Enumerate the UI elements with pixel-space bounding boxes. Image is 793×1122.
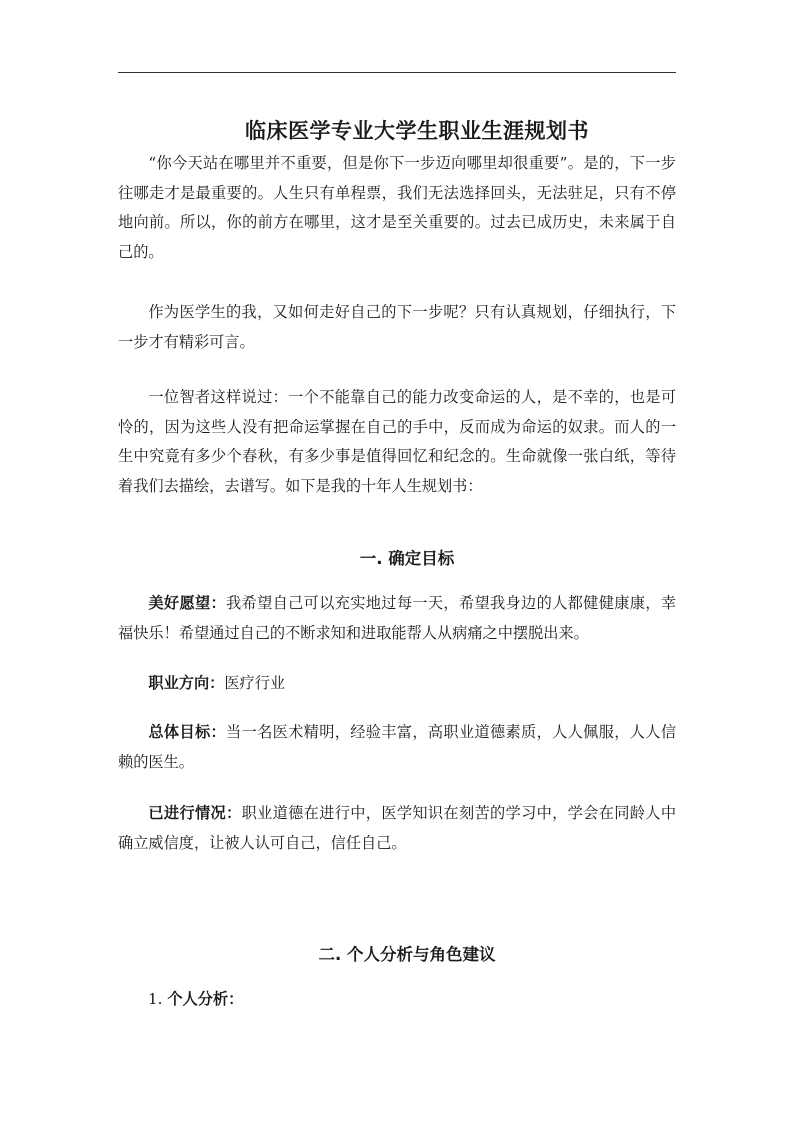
goal-item-wish: 美好愿望：我希望自己可以充实地过每一天，希望我身边的人都健健康康，幸福快乐！希望… xyxy=(118,589,676,648)
goal-label: 美好愿望： xyxy=(148,594,226,612)
document-title: 临床医学专业大学生职业生涯规划书 xyxy=(118,115,676,147)
goal-item-overall-goal: 总体目标：当一名医术精明，经验丰富，高职业道德素质，人人佩服，人人信赖的医生。 xyxy=(118,718,676,777)
section-heading-personal-analysis: 二. 个人分析与角色建议 xyxy=(118,942,676,968)
goal-label: 总体目标： xyxy=(148,723,226,741)
goal-item-progress: 已进行情况：职业道德在进行中，医学知识在刻苦的学习中，学会在同龄人中确立威信度，… xyxy=(118,799,676,858)
goal-text: 医疗行业 xyxy=(224,674,285,692)
subsection-personal-analysis: 1. 个人分析： xyxy=(148,985,243,1014)
intro-paragraph-2: 作为医学生的我，又如何走好自己的下一步呢？只有认真规划，仔细执行，下一步才有精彩… xyxy=(118,298,676,357)
intro-paragraph-1: “你今天站在哪里并不重要，但是你下一步迈向哪里却很重要”。是的，下一步往哪走才是… xyxy=(118,149,676,267)
subsection-number: 1. xyxy=(148,990,163,1008)
goal-label: 已进行情况： xyxy=(148,804,241,822)
intro-paragraph-3: 一位智者这样说过：一个不能靠自己的能力改变命运的人，是不幸的，也是可怜的，因为这… xyxy=(118,383,676,501)
goal-label: 职业方向： xyxy=(148,674,224,692)
subsection-label: 个人分析： xyxy=(167,990,243,1008)
header-rule xyxy=(118,72,676,73)
goal-item-career-direction: 职业方向：医疗行业 xyxy=(118,669,676,699)
section-heading-goals: 一. 确定目标 xyxy=(118,546,676,572)
